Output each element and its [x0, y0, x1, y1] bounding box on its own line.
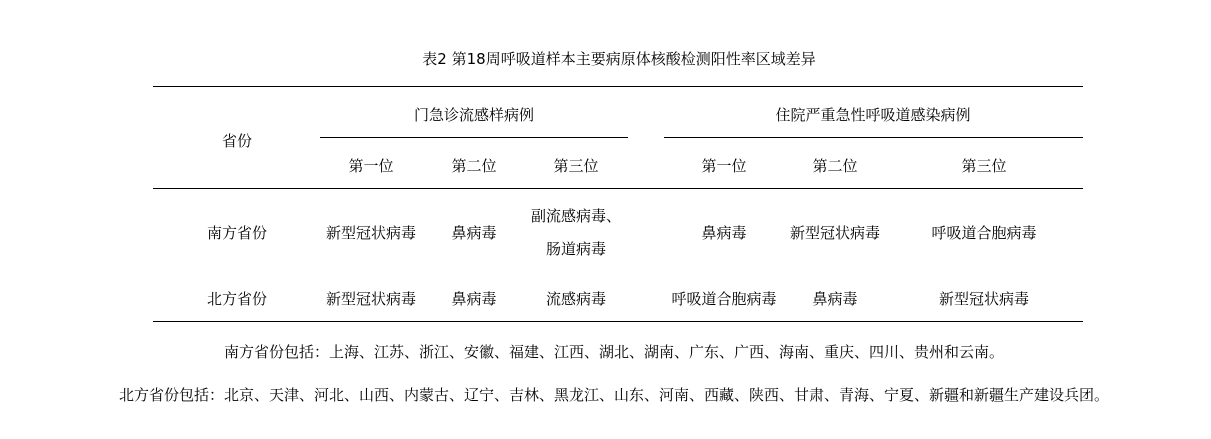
table-cell: 新型冠状病毒 — [939, 290, 1029, 308]
column-header: 第一位 — [348, 157, 393, 175]
column-header: 第三位 — [553, 157, 598, 175]
footnote-south: 南方省份包括：上海、江苏、浙江、安徽、福建、江西、湖北、湖南、广东、广西、海南、… — [224, 343, 1004, 361]
table-cell: 新型冠状病毒 — [790, 224, 880, 242]
table-cell: 新型冠状病毒 — [326, 224, 416, 242]
column-header: 第三位 — [961, 157, 1006, 175]
row-header-province: 省份 — [222, 132, 252, 150]
top-rule — [153, 86, 1083, 87]
column-header: 第一位 — [701, 157, 746, 175]
table-cell: 肠道病毒 — [546, 240, 606, 258]
group-underline-inpatient — [664, 137, 1083, 138]
column-header: 第二位 — [812, 157, 857, 175]
table-cell: 新型冠状病毒 — [326, 290, 416, 308]
table-title: 表2 第18周呼吸道样本主要病原体核酸检测阳性率区域差异 — [422, 48, 815, 69]
table-cell: 鼻病毒 — [701, 224, 746, 242]
table-cell: 呼吸道合胞病毒 — [931, 224, 1036, 242]
table-cell: 鼻病毒 — [451, 290, 496, 308]
header-bottom-rule — [153, 188, 1083, 189]
bottom-rule — [153, 321, 1083, 322]
row-label: 北方省份 — [207, 290, 267, 308]
group-header-outpatient: 门急诊流感样病例 — [414, 106, 534, 124]
group-underline-outpatient — [320, 137, 628, 138]
column-header: 第二位 — [451, 157, 496, 175]
table-cell: 呼吸道合胞病毒 — [671, 290, 776, 308]
footnote-north: 北方省份包括：北京、天津、河北、山西、内蒙古、辽宁、吉林、黑龙江、山东、河南、西… — [119, 386, 1109, 404]
table-cell: 流感病毒 — [546, 290, 606, 308]
row-label: 南方省份 — [207, 224, 267, 242]
table-cell: 副流感病毒、 — [531, 207, 621, 225]
group-header-inpatient: 住院严重急性呼吸道感染病例 — [775, 106, 970, 124]
table-cell: 鼻病毒 — [451, 224, 496, 242]
table-cell: 鼻病毒 — [812, 290, 857, 308]
